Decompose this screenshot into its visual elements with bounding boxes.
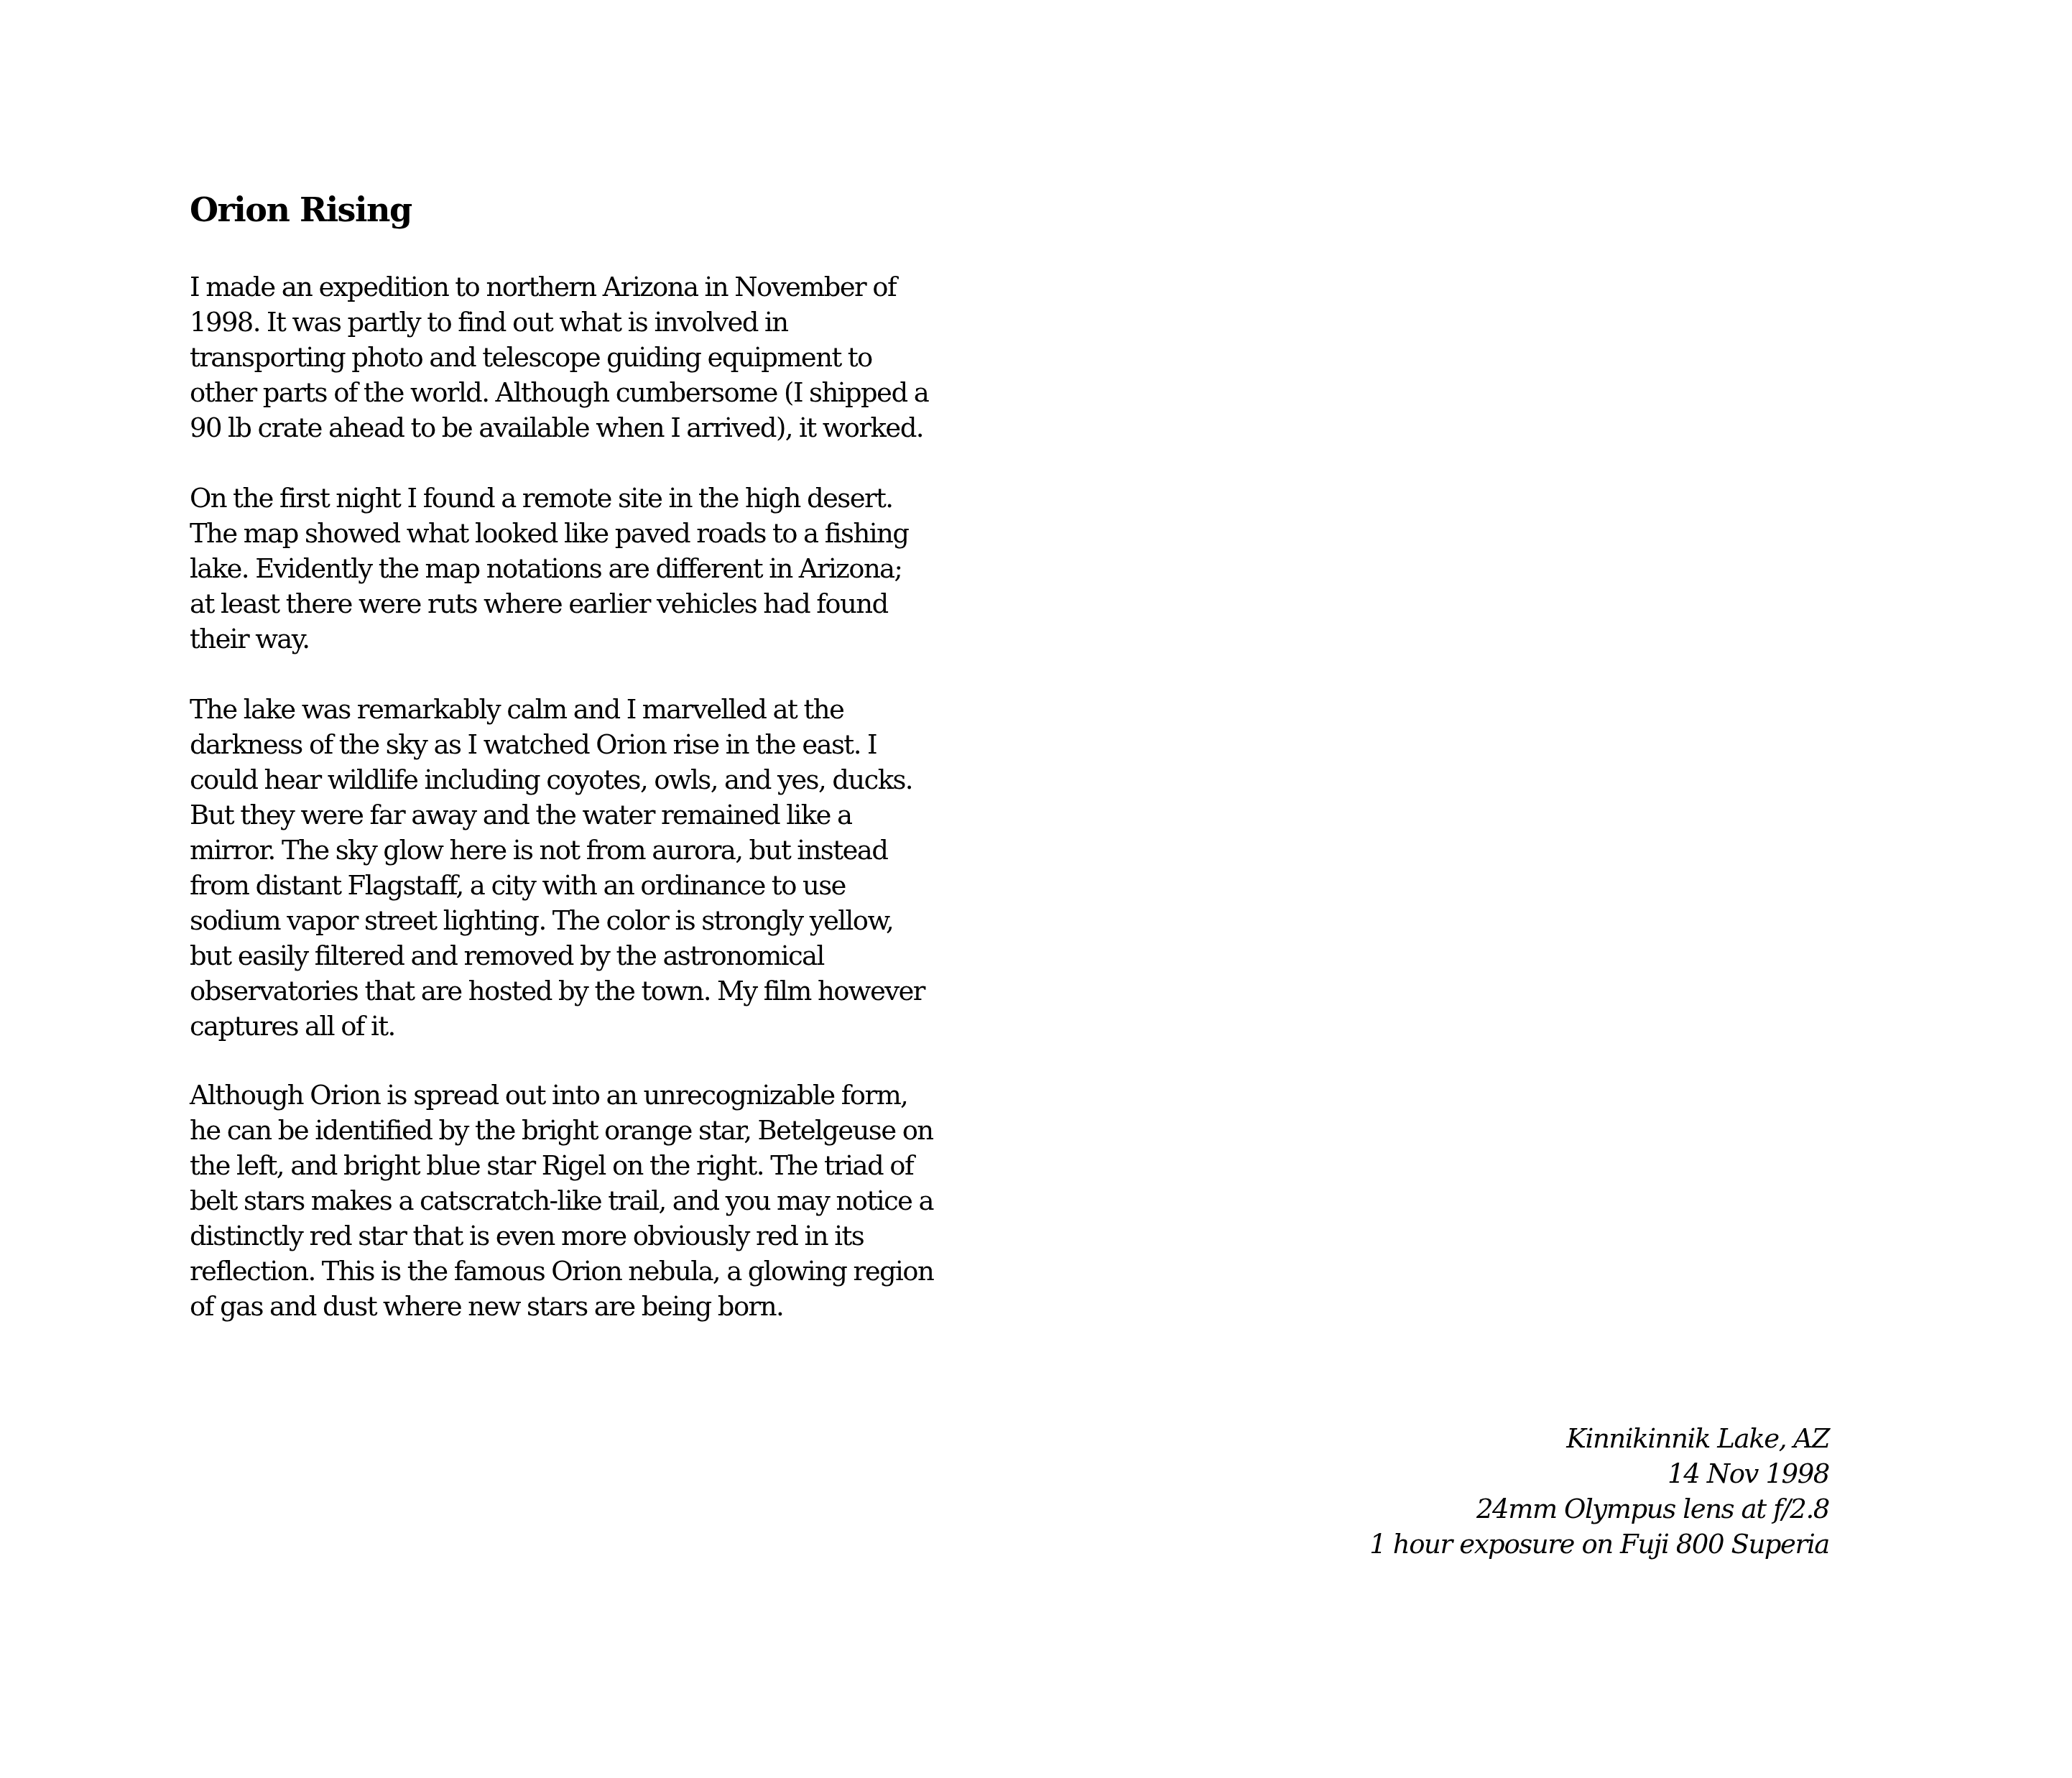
text-line: but easily filtered and removed by the a… — [190, 938, 994, 973]
text-line: lake. Evidently the map notations are di… — [190, 551, 994, 586]
text-line: other parts of the world. Although cumbe… — [190, 375, 994, 410]
text-line: the left, and bright blue star Rigel on … — [190, 1148, 994, 1183]
caption-lens: 24mm Olympus lens at f/2.8 — [1369, 1491, 1829, 1527]
text-line: observatories that are hosted by the tow… — [190, 973, 994, 1009]
paragraph-4: Although Orion is spread out into an unr… — [190, 1078, 994, 1324]
text-line: mirror. The sky glow here is not from au… — [190, 833, 994, 868]
paragraph-3: The lake was remarkably calm and I marve… — [190, 692, 994, 1044]
photo-caption: Kinnikinnik Lake, AZ 14 Nov 1998 24mm Ol… — [1369, 1421, 1829, 1562]
caption-date: 14 Nov 1998 — [1369, 1456, 1829, 1491]
text-line: transporting photo and telescope guiding… — [190, 340, 994, 375]
text-line: Although Orion is spread out into an unr… — [190, 1078, 994, 1113]
text-line: belt stars makes a catscratch-like trail… — [190, 1183, 994, 1218]
text-line: could hear wildlife including coyotes, o… — [190, 762, 994, 797]
text-line: their way. — [190, 621, 994, 657]
text-line: captures all of it. — [190, 1009, 994, 1044]
page-title: Orion Rising — [190, 188, 412, 231]
text-line: distinctly red star that is even more ob… — [190, 1218, 994, 1254]
caption-location: Kinnikinnik Lake, AZ — [1369, 1421, 1829, 1456]
text-line: at least there were ruts where earlier v… — [190, 586, 994, 621]
text-line: On the first night I found a remote site… — [190, 481, 994, 516]
text-line: from distant Flagstaff, a city with an o… — [190, 868, 994, 903]
text-line: But they were far away and the water rem… — [190, 797, 994, 833]
paragraph-2: On the first night I found a remote site… — [190, 481, 994, 657]
text-line: The lake was remarkably calm and I marve… — [190, 692, 994, 727]
text-line: he can be identified by the bright orang… — [190, 1113, 994, 1148]
text-line: 1998. It was partly to find out what is … — [190, 305, 994, 340]
paragraph-1: I made an expedition to northern Arizona… — [190, 269, 994, 445]
text-line: of gas and dust where new stars are bein… — [190, 1289, 994, 1324]
text-line: 90 lb crate ahead to be available when I… — [190, 410, 994, 445]
text-line: sodium vapor street lighting. The color … — [190, 903, 994, 938]
text-line: reflection. This is the famous Orion neb… — [190, 1254, 994, 1289]
text-line: darkness of the sky as I watched Orion r… — [190, 727, 994, 762]
caption-exposure: 1 hour exposure on Fuji 800 Superia — [1369, 1527, 1829, 1562]
document-page: Orion Rising I made an expedition to nor… — [0, 0, 2072, 1778]
text-line: The map showed what looked like paved ro… — [190, 516, 994, 551]
text-line: I made an expedition to northern Arizona… — [190, 269, 994, 305]
